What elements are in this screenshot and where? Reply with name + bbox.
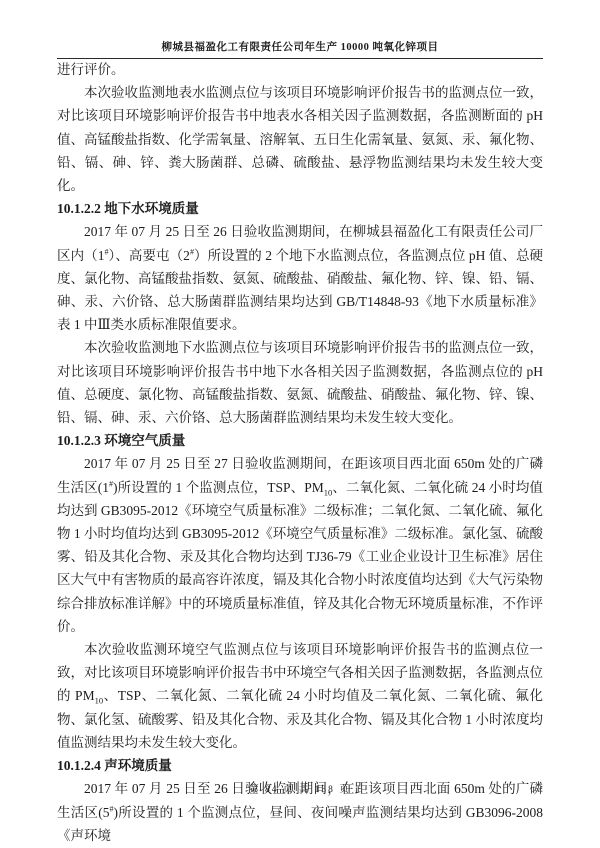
ambient-air-comparison-paragraph: 本次验收监测环境空气监测点位与该项目环境影响评价报告书的监测点位一致，对比该项目… (57, 638, 543, 754)
continuation-line: 进行评价。 (57, 58, 543, 81)
document-page: 柳城县福盈化工有限责任公司年生产 10000 吨氧化锌项目 进行评价。本次验收监… (0, 0, 600, 848)
section-heading-10-1-2-4: 10.1.2.4 声环境质量 (57, 754, 543, 777)
document-body: 进行评价。本次验收监测地表水监测点位与该项目环境影响评价报告书的监测点位一致，对… (57, 58, 543, 847)
section-heading-10-1-2-3: 10.1.2.3 环境空气质量 (57, 429, 543, 452)
surface-water-comparison-paragraph: 本次验收监测地表水监测点位与该项目环境影响评价报告书的监测点位一致，对比该项目环… (57, 81, 543, 197)
ambient-air-results-paragraph: 2017 年 07 月 25 日至 27 日验收监测期间，在距该项目西北面 65… (57, 452, 543, 638)
page-header-title: 柳城县福盈化工有限责任公司年生产 10000 吨氧化锌项目 (57, 39, 543, 59)
groundwater-results-paragraph: 2017 年 07 月 25 日至 26 日验收监测期间，在柳城县福盈化工有限责… (57, 220, 543, 336)
section-heading-10-1-2-2: 10.1.2.2 地下水环境质量 (57, 197, 543, 220)
page-footer-pagination: 第 84 页 共 138 页 (0, 781, 600, 795)
groundwater-comparison-paragraph: 本次验收监测地下水监测点位与该项目环境影响评价报告书的监测点位一致，对比该项目环… (57, 336, 543, 429)
